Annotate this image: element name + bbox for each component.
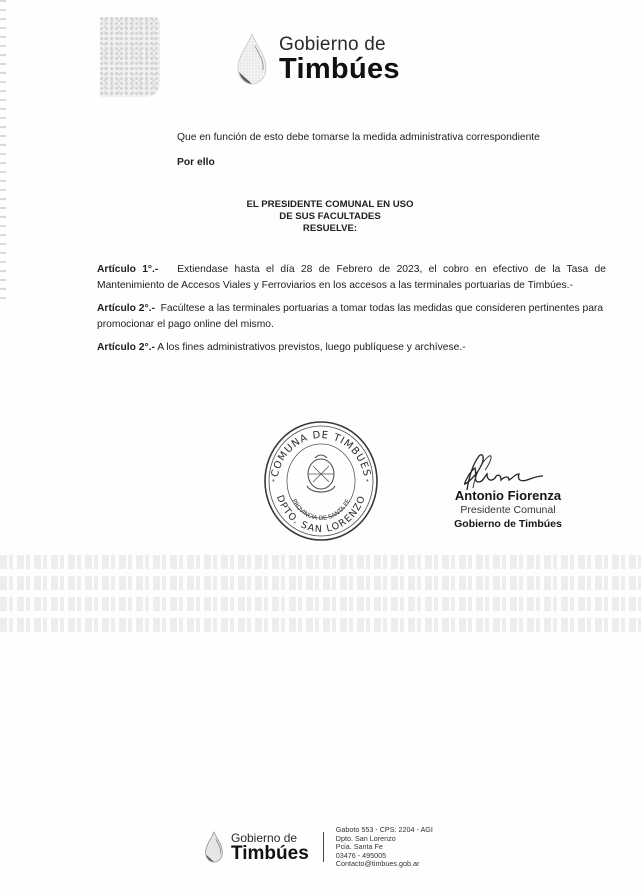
bleed-through-text (0, 555, 641, 635)
logo-title: Timbúes (279, 55, 400, 84)
header-logo: Gobierno de Timbúes (237, 32, 400, 86)
footer-divider (323, 832, 324, 862)
signatory-role: Presidente Comunal (438, 503, 578, 517)
water-drop-icon (237, 32, 267, 86)
article-label: Artículo 1°.- (97, 264, 158, 275)
scan-smudge (100, 17, 160, 97)
scan-margin-speckle (0, 0, 6, 300)
logo-subtitle: Gobierno de (279, 35, 400, 54)
article-text: Extiendase hasta el día 28 de Febrero de… (97, 264, 606, 291)
svg-text:*: * (366, 479, 369, 486)
official-seal: COMUNA DE TIMBUES DPTO. SAN LORENZO PROV… (263, 420, 379, 542)
resolution-heading: EL PRESIDENTE COMUNAL EN USO DE SUS FACU… (200, 199, 460, 235)
svg-text:*: * (272, 479, 275, 486)
article-label: Artículo 2°.- (97, 303, 155, 314)
signatory-name: Antonio Fiorenza (438, 488, 578, 503)
heading-line-3: RESUELVE: (200, 223, 460, 235)
article-3: Artículo 2°.- A los fines administrativo… (97, 340, 606, 356)
article-2: Artículo 2°.- Facúltese a las terminales… (97, 301, 606, 333)
water-drop-icon (205, 830, 223, 864)
article-1: Artículo 1°.- Extiendase hasta el día 28… (97, 262, 606, 294)
footer: Gobierno de Timbúes Gaboto 553 - CPS: 22… (205, 826, 433, 869)
intro-line: Que en función de esto debe tomarse la m… (177, 132, 540, 143)
heading-line-1: EL PRESIDENTE COMUNAL EN USO (200, 199, 460, 211)
footer-contact: Gaboto 553 - CPS: 2204 - AGI Dpto. San L… (336, 826, 433, 869)
article-text: Facúltese a las terminales portuarias a … (97, 303, 603, 330)
article-label: Artículo 2°.- (97, 342, 155, 353)
signatory-organization: Gobierno de Timbúes (438, 517, 578, 531)
svg-text:COMUNA DE TIMBUES: COMUNA DE TIMBUES (270, 430, 372, 478)
footer-logo-title: Timbúes (231, 844, 309, 863)
por-ello: Por ello (177, 157, 215, 168)
heading-line-2: DE SUS FACULTADES (200, 211, 460, 223)
contact-email: Contacto@timbues.gob.ar (336, 860, 433, 869)
article-text: A los fines administrativos previstos, l… (157, 342, 466, 353)
document-page: Gobierno de Timbúes Que en función de es… (0, 0, 641, 896)
signature-block: Antonio Fiorenza Presidente Comunal Gobi… (438, 488, 578, 531)
